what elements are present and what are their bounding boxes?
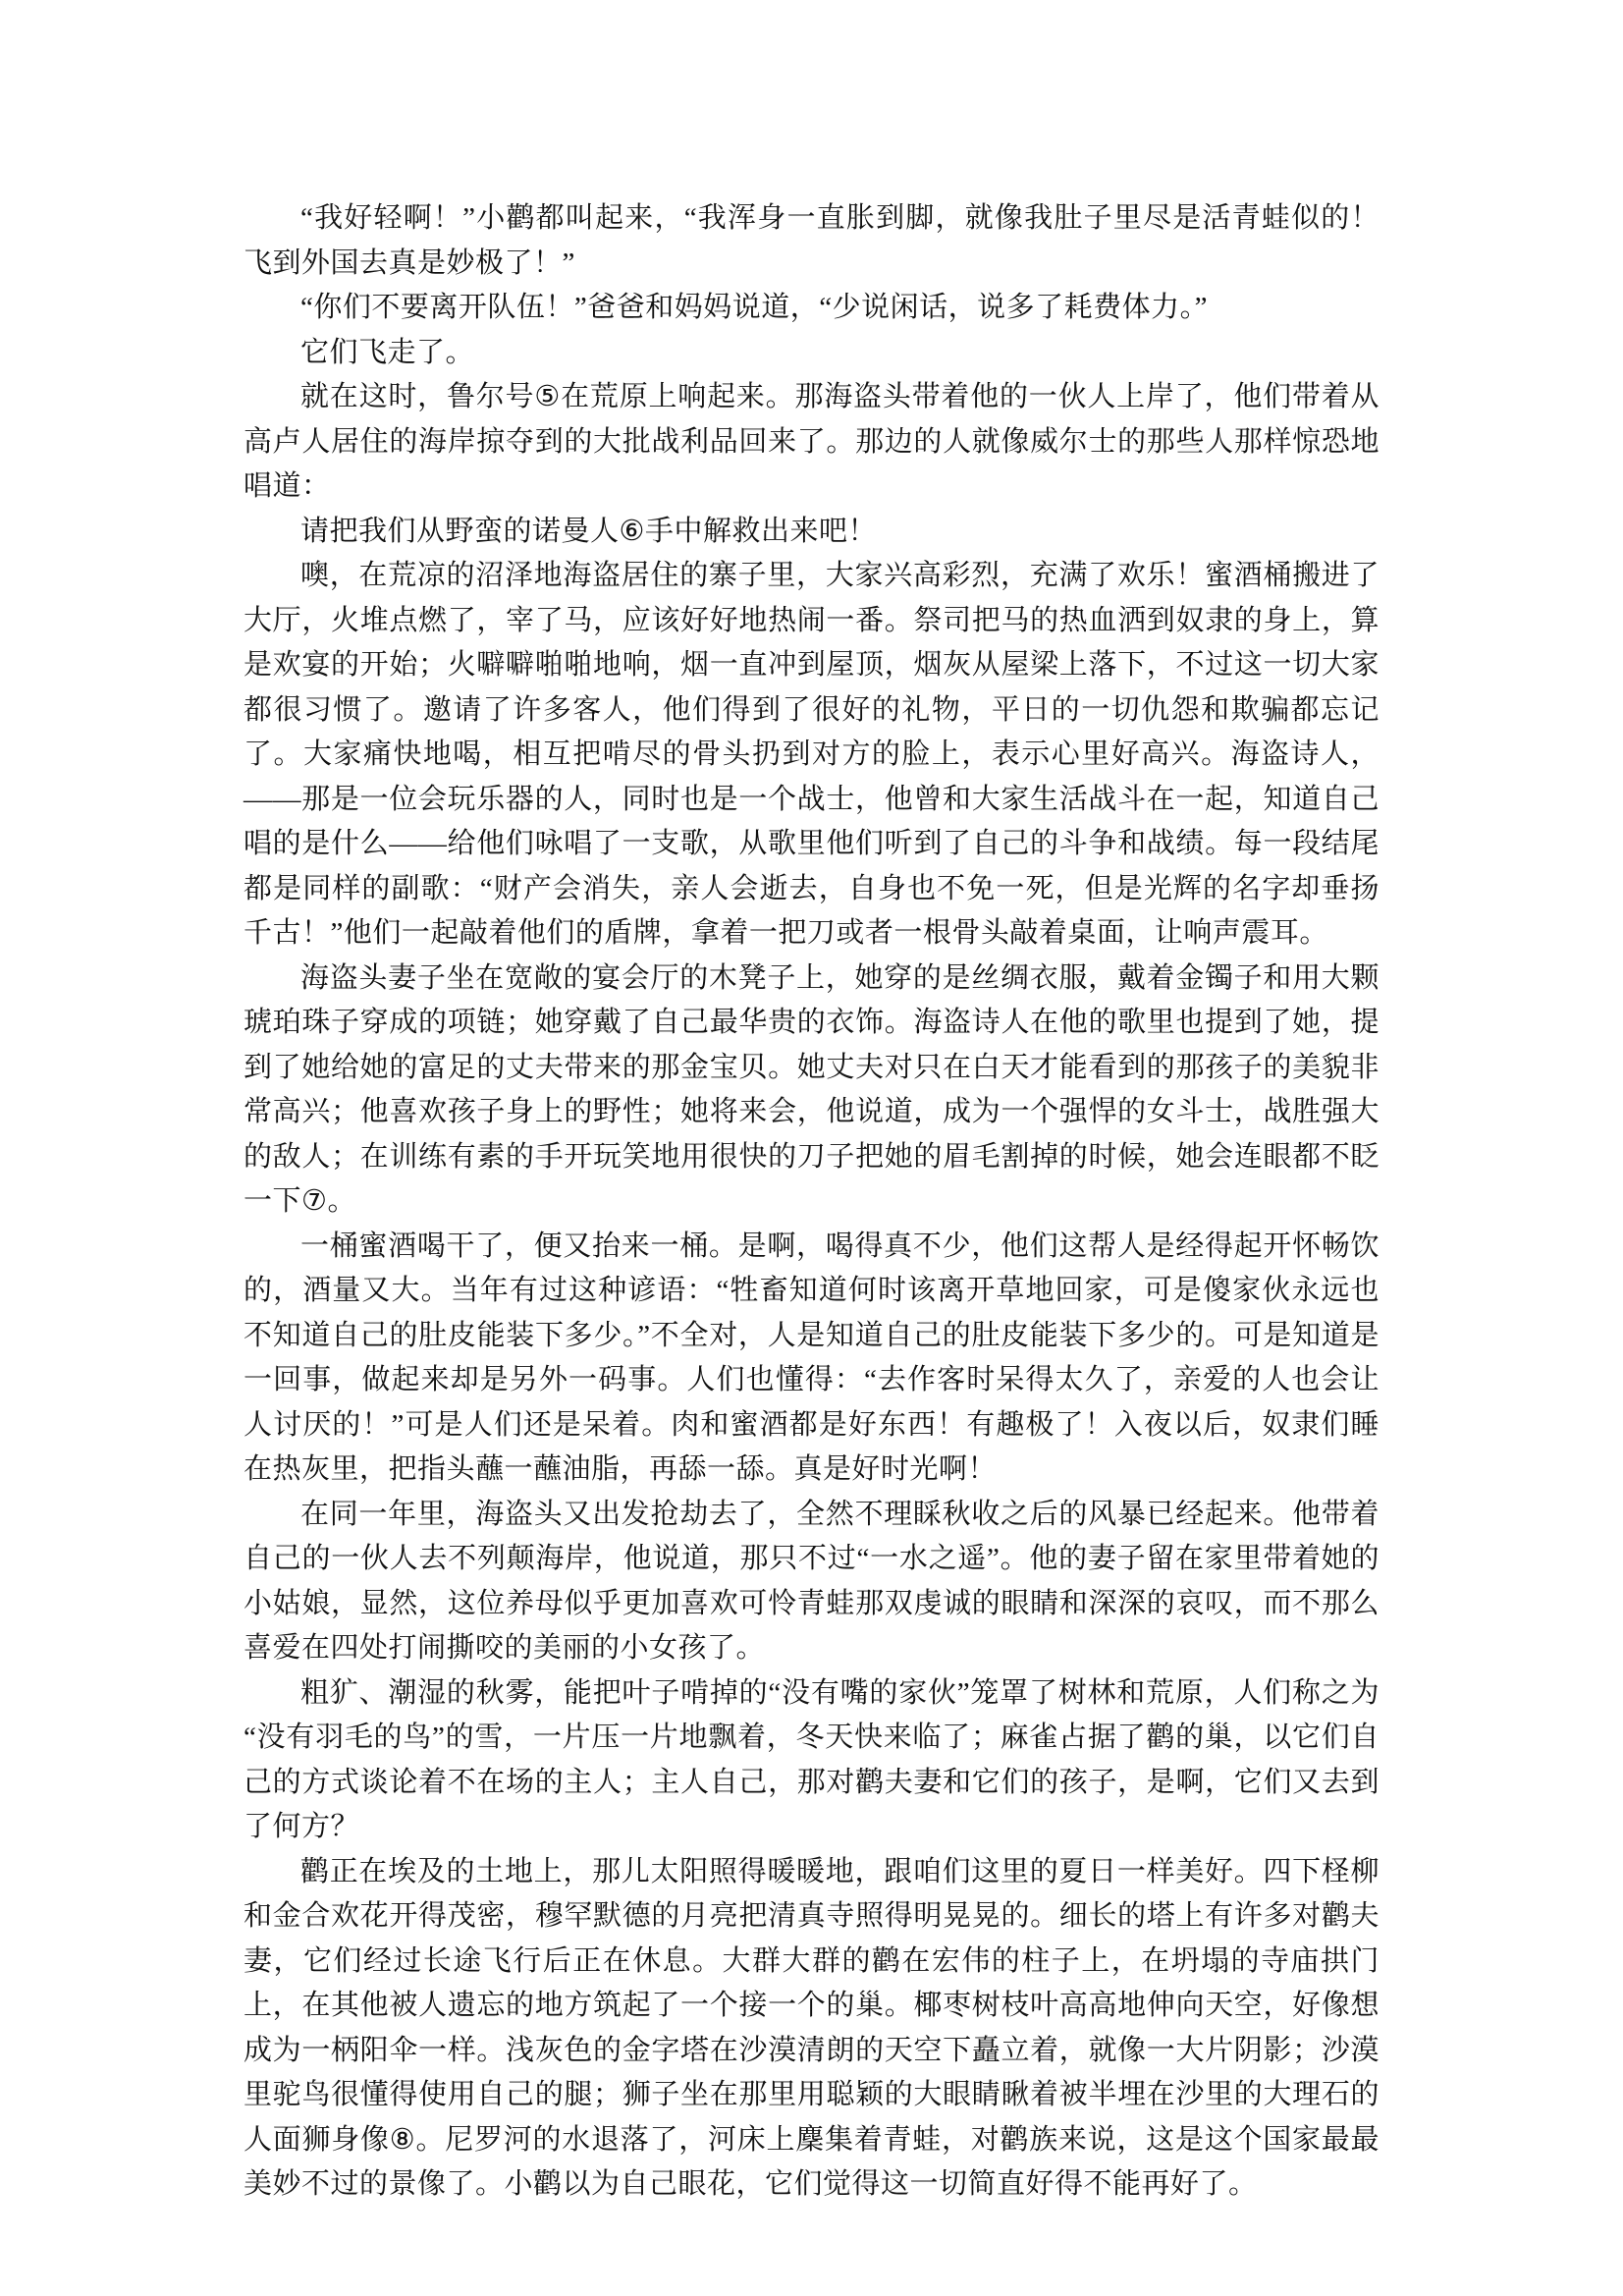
paragraph: 噢，在荒凉的沼泽地海盗居住的寨子里，大家兴高彩烈，充满了欢乐！蜜酒桶搬进了大厅，…: [243, 554, 1380, 957]
paragraph: 鹳正在埃及的土地上，那儿太阳照得暖暖地，跟咱们这里的夏日一样美好。四下柽柳和金合…: [243, 1850, 1380, 2208]
paragraph: 一桶蜜酒喝干了，便又抬来一桶。是啊，喝得真不少，他们这帮人是经得起开怀畅饮的，酒…: [243, 1225, 1380, 1493]
paragraph: 它们飞走了。: [243, 331, 1380, 376]
paragraph: “我好轻啊！”小鹳都叫起来，“我浑身一直胀到脚，就像我肚子里尽是活青蛙似的！飞到…: [243, 196, 1380, 286]
document-page: “我好轻啊！”小鹳都叫起来，“我浑身一直胀到脚，就像我肚子里尽是活青蛙似的！飞到…: [0, 0, 1623, 2296]
paragraph: “你们不要离开队伍！”爸爸和妈妈说道，“少说闲话，说多了耗费体力。”: [243, 286, 1380, 331]
paragraph: 在同一年里，海盗头又出发抢劫去了，全然不理睬秋收之后的风暴已经起来。他带着自己的…: [243, 1493, 1380, 1671]
paragraph: 海盗头妻子坐在宽敞的宴会厅的木凳子上，她穿的是丝绸衣服，戴着金镯子和用大颗琥珀珠…: [243, 957, 1380, 1225]
paragraph: 粗犷、潮湿的秋雾，能把叶子啃掉的“没有嘴的家伙”笼罩了树林和荒原，人们称之为“没…: [243, 1671, 1380, 1850]
paragraph: 请把我们从野蛮的诺曼人⑥手中解救出来吧！: [243, 510, 1380, 555]
story-text-block: “我好轻啊！”小鹳都叫起来，“我浑身一直胀到脚，就像我肚子里尽是活青蛙似的！飞到…: [243, 196, 1380, 2208]
paragraph: 就在这时，鲁尔号⑤在荒原上响起来。那海盗头带着他的一伙人上岸了，他们带着从高卢人…: [243, 375, 1380, 510]
